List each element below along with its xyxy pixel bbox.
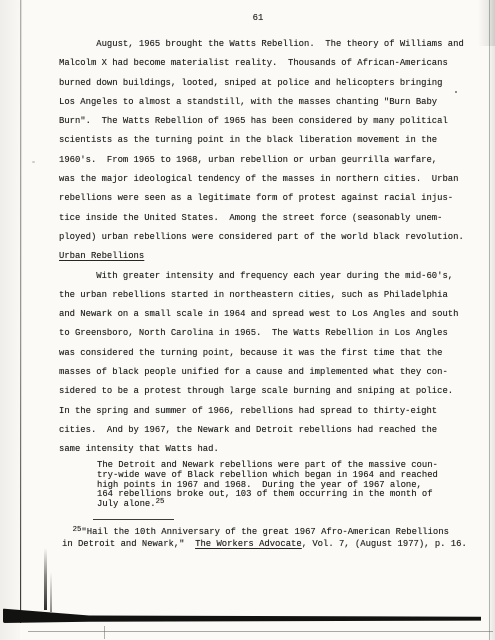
text-segment: and Newark on a small scale in 1964 and … (59, 309, 458, 319)
text-line: in Detroit and Newark," The Workers Advo… (62, 539, 467, 550)
text-segment: 25 (73, 526, 82, 534)
text-segment: ployed) urban rebellions were considered… (59, 232, 464, 242)
text-segment: August, 1965 brought the Watts Rebellion… (59, 39, 464, 49)
text-segment: in Detroit and Newark," (62, 539, 195, 549)
text-segment: 1960's. From 1965 to 1968, urban rebelli… (59, 155, 437, 165)
text-line: Los Angeles to almost a standstill, with… (59, 93, 464, 112)
text-segment: same intensity that Watts had. (59, 444, 219, 454)
text-line: masses of black people unified for a cau… (59, 363, 464, 382)
text-line: tice inside the United States. Among the… (59, 209, 464, 228)
text-line: same intensity that Watts had. (59, 440, 464, 459)
text-line: Malcolm X had become materialist reality… (59, 54, 464, 73)
text-segment: cities. And by 1967, the Newark and Detr… (59, 425, 437, 435)
text-line: Burn". The Watts Rebellion of 1965 has b… (59, 112, 464, 131)
text-segment: With greater intensity and frequency eac… (59, 271, 453, 281)
text-segment: The Workers Advocate (195, 539, 302, 549)
page-number: 61 (21, 13, 495, 23)
text-segment: 25 (156, 498, 165, 506)
body-text: August, 1965 brought the Watts Rebellion… (59, 35, 464, 460)
text-segment: the urban rebellions started in northeas… (59, 290, 448, 300)
text-segment: try-wide wave of Black rebellion which b… (97, 470, 438, 480)
text-line: With greater intensity and frequency eac… (59, 267, 464, 286)
text-line: to Greensboro, North Carolina in 1965. T… (59, 324, 464, 343)
text-line: was the major ideological tendency of th… (59, 170, 464, 189)
text-line: 25"Hail the 10th Anniversary of the grea… (62, 527, 467, 539)
text-line: and Newark on a small scale in 1964 and … (59, 305, 464, 324)
text-line: ployed) urban rebellions were considered… (59, 228, 464, 247)
bottom-scan-tick (104, 626, 105, 639)
text-segment (62, 527, 73, 537)
text-segment: The Detroit and Newark rebellions were p… (97, 460, 438, 470)
text-segment: Malcolm X had become materialist reality… (59, 58, 448, 68)
bottom-scan-line (28, 631, 493, 632)
text-segment: was the major ideological tendency of th… (59, 174, 458, 184)
text-segment: tice inside the United States. Among the… (59, 213, 442, 223)
text-segment: sidered to be a protest through large sc… (59, 386, 453, 396)
text-segment: In the spring and summer of 1966, rebell… (59, 406, 437, 416)
text-line: Urban Rebellions (59, 247, 464, 266)
ink-spike-artifact (44, 548, 47, 610)
text-segment: rebellions were seen as a legitimate for… (59, 193, 453, 203)
right-margin-shade (488, 0, 495, 640)
text-segment: Burn". The Watts Rebellion of 1965 has b… (59, 116, 448, 126)
text-segment: "Hail the 10th Anniversary of the great … (81, 527, 449, 537)
text-segment: to Greensboro, North Carolina in 1965. T… (59, 328, 448, 338)
text-line: rebellions were seen as a legitimate for… (59, 189, 464, 208)
text-segment: , Vol. 7, (August 1977), p. 16. (302, 539, 467, 549)
text-line: 1960's. From 1965 to 1968, urban rebelli… (59, 151, 464, 170)
left-scan-edge-line (20, 0, 21, 623)
text-segment: Urban Rebellions (59, 251, 144, 261)
footnote: 25"Hail the 10th Anniversary of the grea… (62, 527, 467, 549)
right-scan-edge-line (489, 0, 490, 640)
scanned-document-page: 61 August, 1965 brought the Watts Rebell… (0, 0, 495, 640)
text-segment: masses of black people unified for a cau… (59, 367, 448, 377)
footnote-separator (93, 519, 174, 520)
text-line: In the spring and summer of 1966, rebell… (59, 402, 464, 421)
text-segment: scientists as the turning point in the b… (59, 135, 437, 145)
top-right-corner-shade (478, 0, 495, 46)
text-line: burned down buildings, looted, sniped at… (59, 74, 464, 93)
ink-spike-artifact (50, 572, 52, 612)
scan-speck (32, 161, 35, 163)
text-segment: was considered the turning point, becaus… (59, 348, 442, 358)
block-quote: The Detroit and Newark rebellions were p… (97, 461, 438, 511)
text-line: the urban rebellions started in northeas… (59, 286, 464, 305)
text-line: scientists as the turning point in the b… (59, 131, 464, 150)
text-line: cities. And by 1967, the Newark and Detr… (59, 421, 464, 440)
text-line: was considered the turning point, becaus… (59, 344, 464, 363)
text-line: August, 1965 brought the Watts Rebellion… (59, 35, 464, 54)
left-margin-shade (0, 0, 20, 640)
text-segment: 164 rebellions broke out, 103 of them oc… (97, 489, 433, 499)
text-segment: Los Angeles to almost a standstill, with… (59, 97, 437, 107)
text-segment: burned down buildings, looted, sniped at… (59, 78, 442, 88)
bottom-ink-streak (3, 608, 481, 623)
text-segment: July alone. (97, 499, 156, 509)
text-line: sidered to be a protest through large sc… (59, 382, 464, 401)
text-line: July alone.25 (97, 500, 438, 511)
